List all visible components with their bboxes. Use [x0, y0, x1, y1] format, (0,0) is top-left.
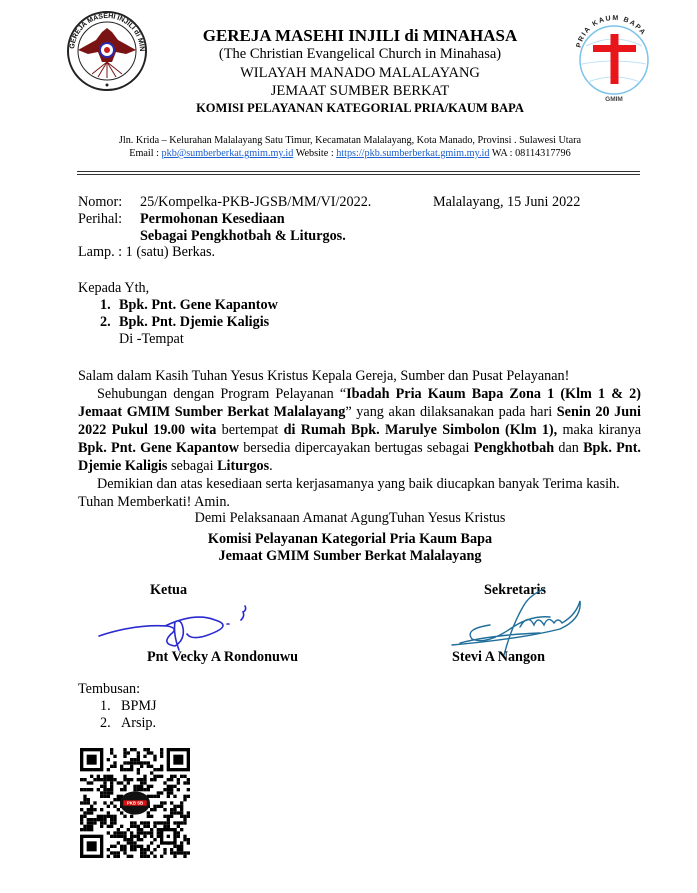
- recipient-item: 1.Bpk. Pnt. Gene Kapantow: [100, 297, 278, 314]
- org-line-1: Komisi Pelayanan Kategorial Pria Kaum Ba…: [60, 531, 640, 548]
- ketua-signature-icon: [95, 600, 265, 655]
- lampiran: Lamp. : 1 (satu) Berkas.: [78, 244, 215, 261]
- header-divider: [77, 171, 640, 175]
- wa-label: WA :: [489, 148, 515, 159]
- tembusan-item: 1.BPMJ: [100, 698, 157, 715]
- perihal-row: Perihal:Permohonan Kesediaan: [78, 211, 285, 228]
- email-label: Email :: [129, 148, 161, 159]
- website-link[interactable]: https://pkb.sumberberkat.gmim.my.id: [336, 148, 489, 159]
- address-line: Jln. Krida – Kelurahan Malalayang Satu T…: [60, 135, 640, 146]
- thanks-paragraph: Demikian dan atas kesediaan serta kerjas…: [78, 475, 641, 493]
- nomor-value: 25/Kompelka-PKB-JGSB/MM/VI/2022.: [140, 194, 371, 210]
- region-name: WILAYAH MANADO MALALAYANG: [160, 65, 560, 82]
- perihal-label: Perihal:: [78, 211, 140, 228]
- church-name-title: GEREJA MASEHI INJILI di MINAHASA: [160, 26, 560, 46]
- blessing-line: Tuhan Memberkati! Amin.: [78, 493, 641, 511]
- email-link[interactable]: pkb@sumberberkat.gmim.my.id: [162, 148, 294, 159]
- nomor-label: Nomor:: [78, 194, 140, 211]
- salam-paragraph: Salam dalam Kasih Tuhan Yesus Kristus Ke…: [78, 367, 641, 385]
- gmim-seal-logo-icon: GEREJA MASEHI INJILI di MINAHASA: [66, 10, 148, 92]
- perihal-line2: Sebagai Pengkhotbah & Liturgos.: [140, 228, 346, 245]
- ketua-name: Pnt Vecky A Rondonuwu: [147, 649, 298, 666]
- letter-body: Salam dalam Kasih Tuhan Yesus Kristus Ke…: [78, 367, 641, 511]
- wa-number: 08114317796: [515, 148, 571, 159]
- contact-line: Email : pkb@sumberberkat.gmim.my.id Webs…: [60, 148, 640, 159]
- svg-text:PKB SB: PKB SB: [127, 801, 143, 806]
- ketua-role: Ketua: [150, 582, 187, 599]
- svg-text:GMIM: GMIM: [605, 96, 623, 102]
- website-label: Website :: [293, 148, 336, 159]
- qr-code-icon[interactable]: PKB SB: [80, 748, 190, 858]
- nomor-row: Nomor:25/Kompelka-PKB-JGSB/MM/VI/2022.: [78, 194, 371, 211]
- tembusan-label: Tembusan:: [78, 681, 140, 698]
- recipient-place: Di -Tempat: [119, 331, 184, 348]
- request-paragraph: Sehubungan dengan Program Pelayanan “Iba…: [78, 385, 641, 475]
- church-name-english: (The Christian Evangelical Church in Min…: [160, 46, 560, 63]
- tembusan-item: 2.Arsip.: [100, 715, 156, 732]
- recipient-item: 2.Bpk. Pnt. Djemie Kaligis: [100, 314, 269, 331]
- pria-kaum-bapa-cross-logo-icon: PRIA KAUM BAPA GMIM: [572, 12, 656, 102]
- commission-name: KOMISI PELAYANAN KATEGORIAL PRIA/KAUM BA…: [120, 101, 600, 116]
- org-line-2: Jemaat GMIM Sumber Berkat Malalayang: [60, 548, 640, 565]
- sekretaris-name: Stevi A Nangon: [452, 649, 545, 666]
- perihal-line1: Permohonan Kesediaan: [140, 211, 285, 227]
- recipient-greeting: Kepada Yth,: [78, 280, 149, 297]
- letter-date: Malalayang, 15 Juni 2022: [433, 194, 580, 211]
- congregation-name: JEMAAT SUMBER BERKAT: [160, 83, 560, 100]
- motto-line: Demi Pelaksanaan Amanat AgungTuhan Yesus…: [60, 510, 640, 527]
